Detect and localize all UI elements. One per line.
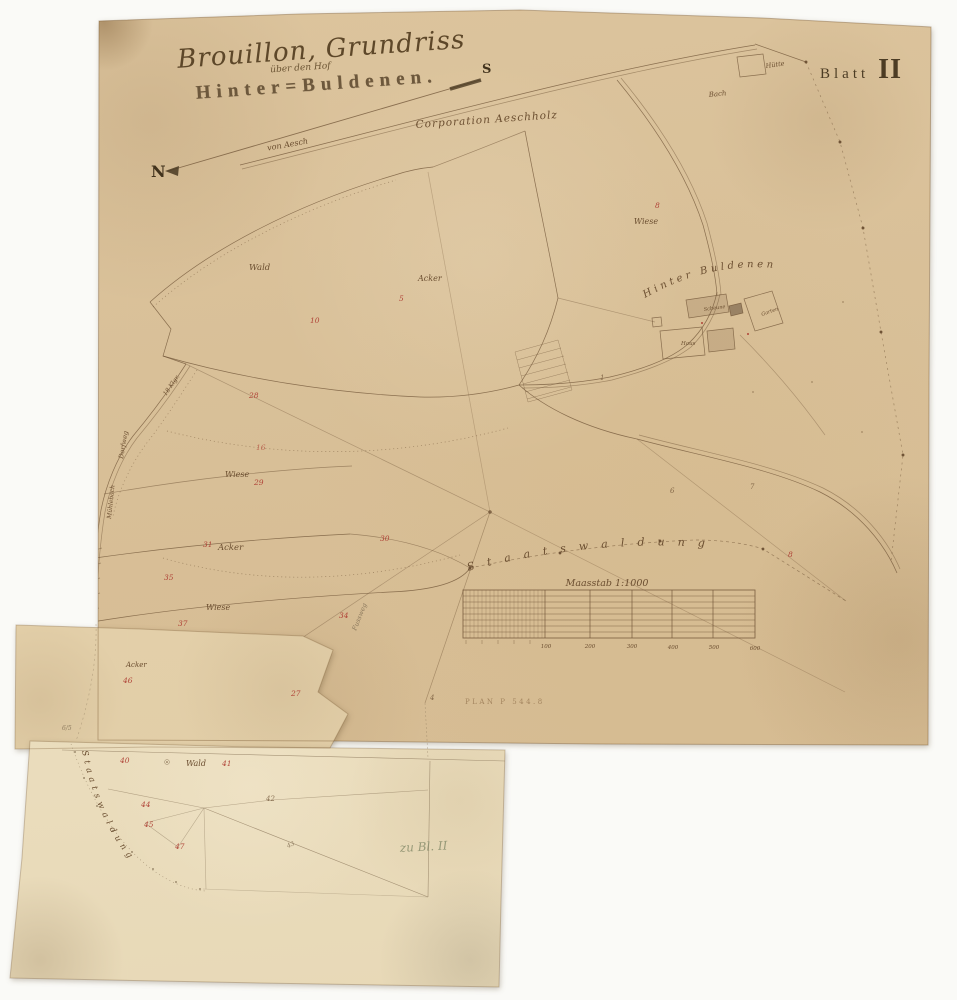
sheet-number-block: Blatt II [820, 54, 902, 86]
map-linework: N S Corporation Aeschholz von Aesch Wald… [0, 0, 957, 1000]
wiese-left-label: Wiese [225, 470, 249, 479]
forest-boundary [150, 167, 433, 307]
dorfweg-label: Dorfweg [117, 430, 130, 460]
farm-buildings [519, 291, 825, 435]
parcel-number: 27 [290, 689, 301, 698]
hatched-parcel [515, 340, 572, 402]
scalebar-tick: 300 [627, 644, 638, 650]
parcel-number: 5 [399, 294, 404, 303]
flap-labels: Staatswaldung Wald 41 40 44 45 47 27 46 … [62, 661, 448, 864]
scanned-map-page: N S Corporation Aeschholz von Aesch Wald… [0, 0, 957, 1000]
parcel-number: 8 [788, 550, 793, 559]
wald-flap-label: Wald [186, 759, 206, 768]
central-boundaries [163, 172, 846, 703]
hinter-buldenen-label: Hinter Buldenen [640, 259, 777, 301]
fussweg-label: Fussweg [350, 602, 369, 633]
boundary-link [433, 131, 525, 167]
scale-bar [463, 590, 755, 644]
parcel-number: 28 [248, 391, 259, 400]
parcel-number: 45 [143, 820, 154, 829]
parcel-number: 43 [285, 840, 296, 850]
parcel-number: 42 [265, 795, 275, 803]
haus-label: Haus [680, 341, 696, 347]
staatswaldung-main-text: Staatswaldung [466, 535, 719, 573]
acker-lower-label: Acker [125, 661, 147, 669]
parcel-number: 16 [256, 443, 266, 452]
parcel-number: 35 [164, 573, 174, 582]
hinter-buldenen-text: Hinter Buldenen [640, 259, 777, 301]
wald41-survey-point [165, 760, 170, 765]
scalebar-ticks: 100 200 300 400 500 600 [541, 644, 761, 652]
scalebar-tick: 100 [541, 644, 552, 650]
sheet-edges [10, 10, 931, 987]
parcel-number: 8 [655, 201, 660, 210]
blatt-label: Blatt [820, 66, 869, 83]
corporation-label: Corporation Aeschholz [415, 109, 558, 131]
parcel-number: 30 [380, 534, 390, 543]
parcel-number: 40 [119, 756, 130, 765]
parcel-number: 37 [178, 619, 188, 628]
scalebar-tick: 400 [667, 645, 679, 651]
scalebar-caption: Maasstab 1:1000 [565, 578, 649, 589]
parcel-number: 6/5 [62, 725, 72, 732]
scalebar-tick: 600 [750, 646, 761, 652]
compass-n-label: N [151, 162, 166, 181]
parcel-number: 34 [339, 611, 349, 620]
von-aesch-label: von Aesch [266, 137, 308, 153]
flap-road-continuation [76, 624, 96, 741]
scalebar-tick: 500 [709, 645, 720, 651]
main-labels: N S Corporation Aeschholz von Aesch Wald… [106, 59, 793, 706]
boundary-upper [525, 131, 558, 298]
main-ink: N S Corporation Aeschholz von Aesch Wald… [92, 44, 904, 706]
wiese-lower-label: Wiese [206, 603, 230, 612]
hut-and-right-boundary [737, 44, 904, 562]
acker-upper-label: Acker [417, 274, 443, 283]
wald-label: Wald [249, 263, 271, 273]
scalebar-tick: 200 [584, 644, 596, 650]
huette-label: Hütte [764, 59, 785, 70]
zu-blatt-annotation: zu Bl. II [398, 839, 448, 856]
acker-mid-label: Acker [217, 543, 244, 553]
parcel-number: 29 [253, 478, 264, 487]
staatswaldung-flap-text: Staatswaldung [79, 749, 137, 863]
parcel-number: 44 [140, 800, 151, 809]
parcel-arcs [92, 428, 508, 622]
garten-label: Garten [761, 306, 780, 318]
wiese-right-label: Wiese [634, 217, 658, 226]
blatt-number: II [878, 54, 902, 86]
staatswaldung-flap-label: Staatswaldung [79, 749, 137, 863]
flap-pencil-work: Staatswaldung Wald 41 40 44 45 47 27 46 … [62, 624, 505, 897]
parcel-number: 4 [429, 694, 434, 702]
plan-number-annotation: PLAN P 544.8 [465, 698, 545, 706]
left-road [92, 302, 197, 622]
parcel-number: 6 [670, 487, 675, 495]
parcel-number: 7 [750, 483, 755, 491]
parcel-number: 46 [122, 676, 133, 685]
boundary-to-farm [558, 298, 655, 322]
bach-label: Bach [707, 89, 726, 99]
muehlebach-label: Mühlebach [106, 485, 117, 521]
survey-dots [752, 301, 863, 433]
parcel-number: 1 [600, 374, 604, 382]
parcel-number: 31 [203, 540, 213, 549]
parcel-number: 41 [221, 759, 232, 768]
parcel-number: 47 [174, 842, 185, 851]
staatswaldung-main-label: Staatswaldung [466, 535, 719, 573]
parcel-number: 10 [310, 316, 320, 325]
